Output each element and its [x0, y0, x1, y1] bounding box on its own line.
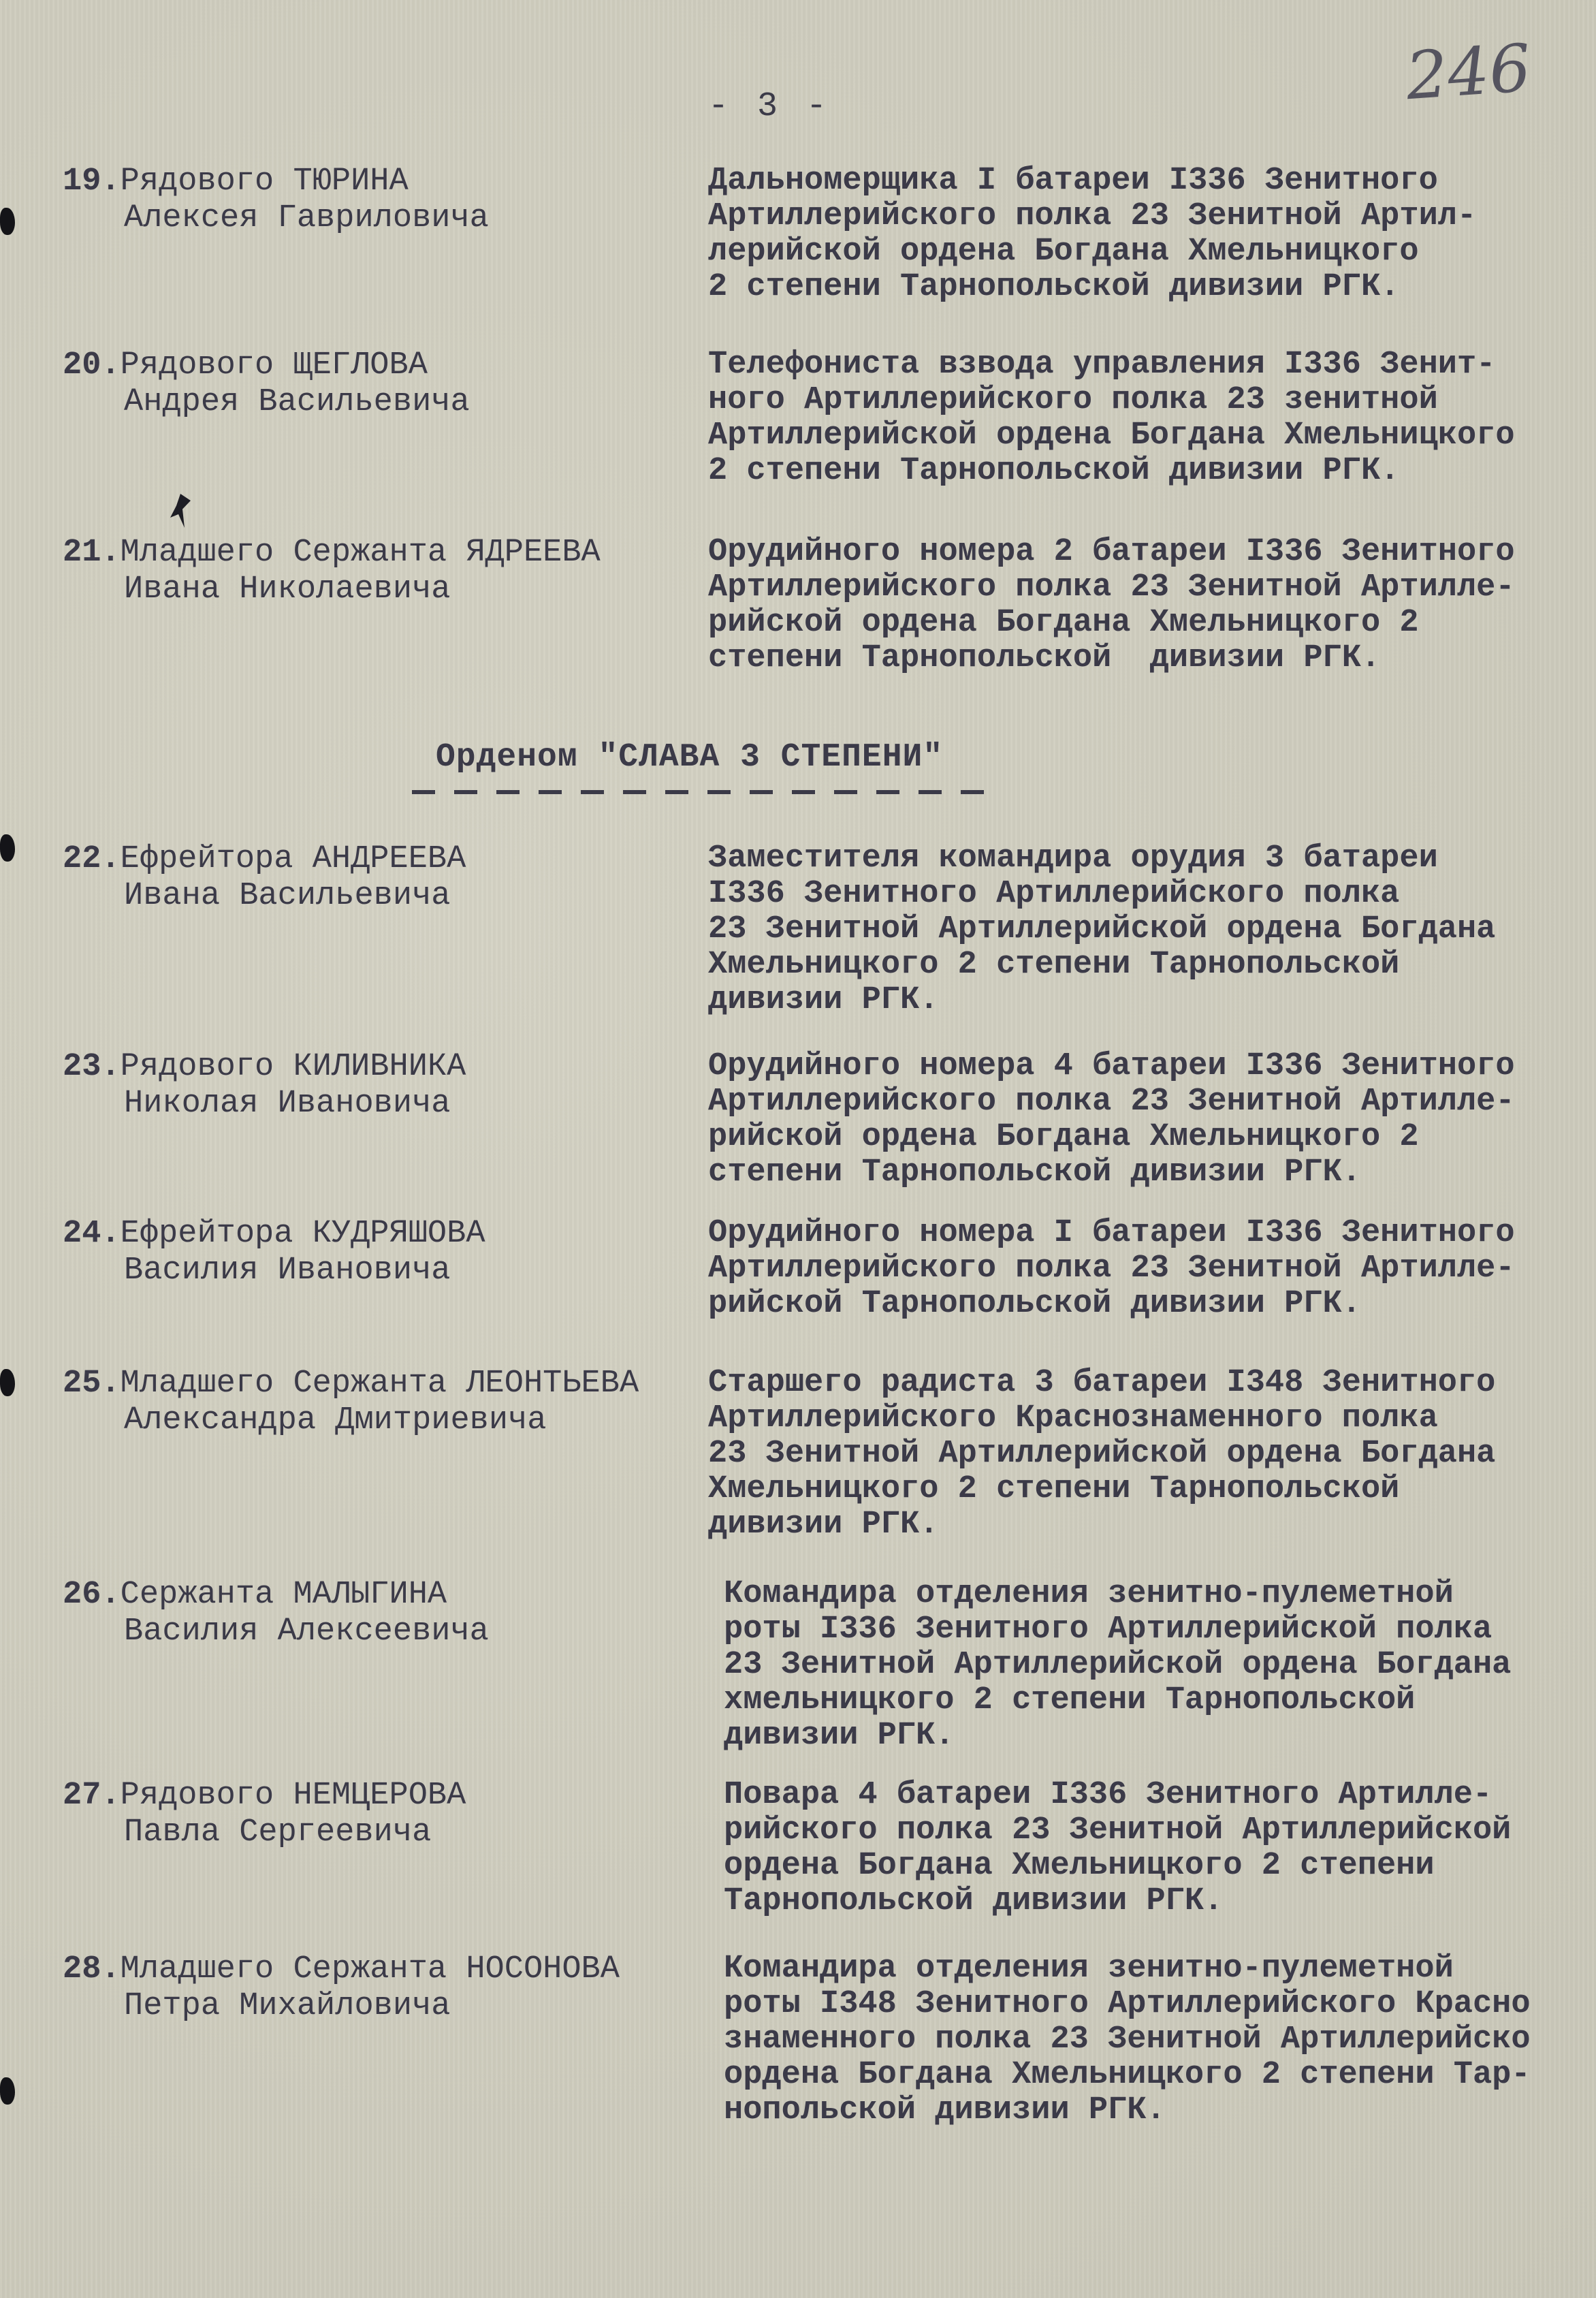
rank: Рядового: [121, 1049, 274, 1085]
rank: Ефрейтора: [121, 841, 293, 877]
surname: ТЮРИНА: [293, 163, 408, 200]
entry-number: 28.: [63, 1951, 121, 1987]
punch-hole-mark: [0, 834, 15, 862]
surname: ЯДРЕЕВА: [466, 535, 600, 571]
entry-number: 20.: [63, 347, 121, 383]
recipient-position: Орудийного номера 4 батареи I336 Зенитно…: [708, 1049, 1593, 1191]
section-heading: Орденом "СЛАВА 3 СТЕПЕНИ": [436, 739, 943, 776]
surname: МАЛЫГИНА: [293, 1577, 447, 1613]
given-name: Александра Дмитриевича: [63, 1402, 709, 1439]
recipient-name: 26.Сержанта МАЛЫГИНАВасилия Алексеевича: [63, 1577, 709, 1650]
rank: Рядового: [121, 1778, 274, 1814]
entry-number: 19.: [63, 163, 121, 200]
entry-number: 23.: [63, 1049, 121, 1085]
given-name: Петра Михайловича: [63, 1988, 709, 2025]
rank: Рядового: [121, 347, 274, 383]
given-name: Павла Сергеевича: [63, 1814, 709, 1851]
punch-hole-mark: [0, 1369, 15, 1396]
recipient-position: Старшего радиста 3 батареи I348 Зенитног…: [708, 1366, 1593, 1543]
given-name: Ивана Николаевича: [63, 571, 709, 608]
surname: ЩЕГЛОВА: [293, 347, 427, 383]
recipient-position: Орудийного номера I батареи I336 Зенитно…: [708, 1216, 1593, 1322]
entry-number: 24.: [63, 1216, 121, 1252]
recipient-name: 19.Рядового ТЮРИНААлексея Гавриловича: [63, 163, 709, 237]
surname: КИЛИВНИКА: [293, 1049, 466, 1085]
rank: Младшего Сержанта: [121, 1366, 447, 1402]
entry-number: 27.: [63, 1778, 121, 1814]
dashed-divider: [412, 790, 984, 794]
rank: Младшего Сержанта: [121, 535, 447, 571]
recipient-name: 24.Ефрейтора КУДРЯШОВАВасилия Ивановича: [63, 1216, 709, 1289]
given-name: Алексея Гавриловича: [63, 200, 709, 237]
recipient-name: 22.Ефрейтора АНДРЕЕВАИвана Васильевича: [63, 841, 709, 915]
recipient-name: 25.Младшего Сержанта ЛЕОНТЬЕВААлександра…: [63, 1366, 709, 1439]
ink-blot-mark: [170, 494, 191, 528]
recipient-position: Дальномерщика I батареи I336 Зенитного А…: [708, 163, 1593, 305]
surname: КУДРЯШОВА: [313, 1216, 485, 1252]
recipient-position: Командира отделения зенитно-пулеметной р…: [724, 1951, 1596, 2128]
rank: Ефрейтора: [121, 1216, 293, 1252]
recipient-position: Орудийного номера 2 батареи I336 Зенитно…: [708, 535, 1593, 676]
given-name: Василия Алексеевича: [63, 1614, 709, 1650]
rank: Рядового: [121, 163, 274, 200]
recipient-position: Повара 4 батареи I336 Зенитного Артилле-…: [724, 1778, 1596, 1919]
recipient-position: Заместителя командира орудия 3 батареи I…: [708, 841, 1593, 1018]
recipient-name: 23.Рядового КИЛИВНИКАНиколая Ивановича: [63, 1049, 709, 1122]
page-number: - 3 -: [708, 87, 831, 126]
recipient-position: Командира отделения зенитно-пулеметной р…: [724, 1577, 1596, 1754]
entry-number: 25.: [63, 1366, 121, 1402]
entry-number: 21.: [63, 535, 121, 571]
punch-hole-mark: [0, 2077, 15, 2105]
recipient-position: Телефониста взвода управления I336 Зенит…: [708, 347, 1593, 489]
recipient-name: 21.Младшего Сержанта ЯДРЕЕВАИвана Никола…: [63, 535, 709, 608]
rank: Сержанта: [121, 1577, 274, 1613]
punch-hole-mark: [0, 208, 15, 235]
given-name: Андрея Васильевича: [63, 384, 709, 421]
given-name: Николая Ивановича: [63, 1086, 709, 1122]
rank: Младшего Сержанта: [121, 1951, 447, 1987]
surname: НОСОНОВА: [466, 1951, 620, 1987]
given-name: Василия Ивановича: [63, 1253, 709, 1289]
handwritten-folio-number: 246: [1403, 30, 1533, 115]
recipient-name: 27.Рядового НЕМЦЕРОВАПавла Сергеевича: [63, 1778, 709, 1851]
recipient-name: 28.Младшего Сержанта НОСОНОВАПетра Михай…: [63, 1951, 709, 2025]
surname: НЕМЦЕРОВА: [293, 1778, 466, 1814]
surname: ЛЕОНТЬЕВА: [466, 1366, 639, 1402]
given-name: Ивана Васильевича: [63, 878, 709, 915]
surname: АНДРЕЕВА: [313, 841, 466, 877]
recipient-name: 20.Рядового ЩЕГЛОВААндрея Васильевича: [63, 347, 709, 421]
entry-number: 26.: [63, 1577, 121, 1613]
entry-number: 22.: [63, 841, 121, 877]
